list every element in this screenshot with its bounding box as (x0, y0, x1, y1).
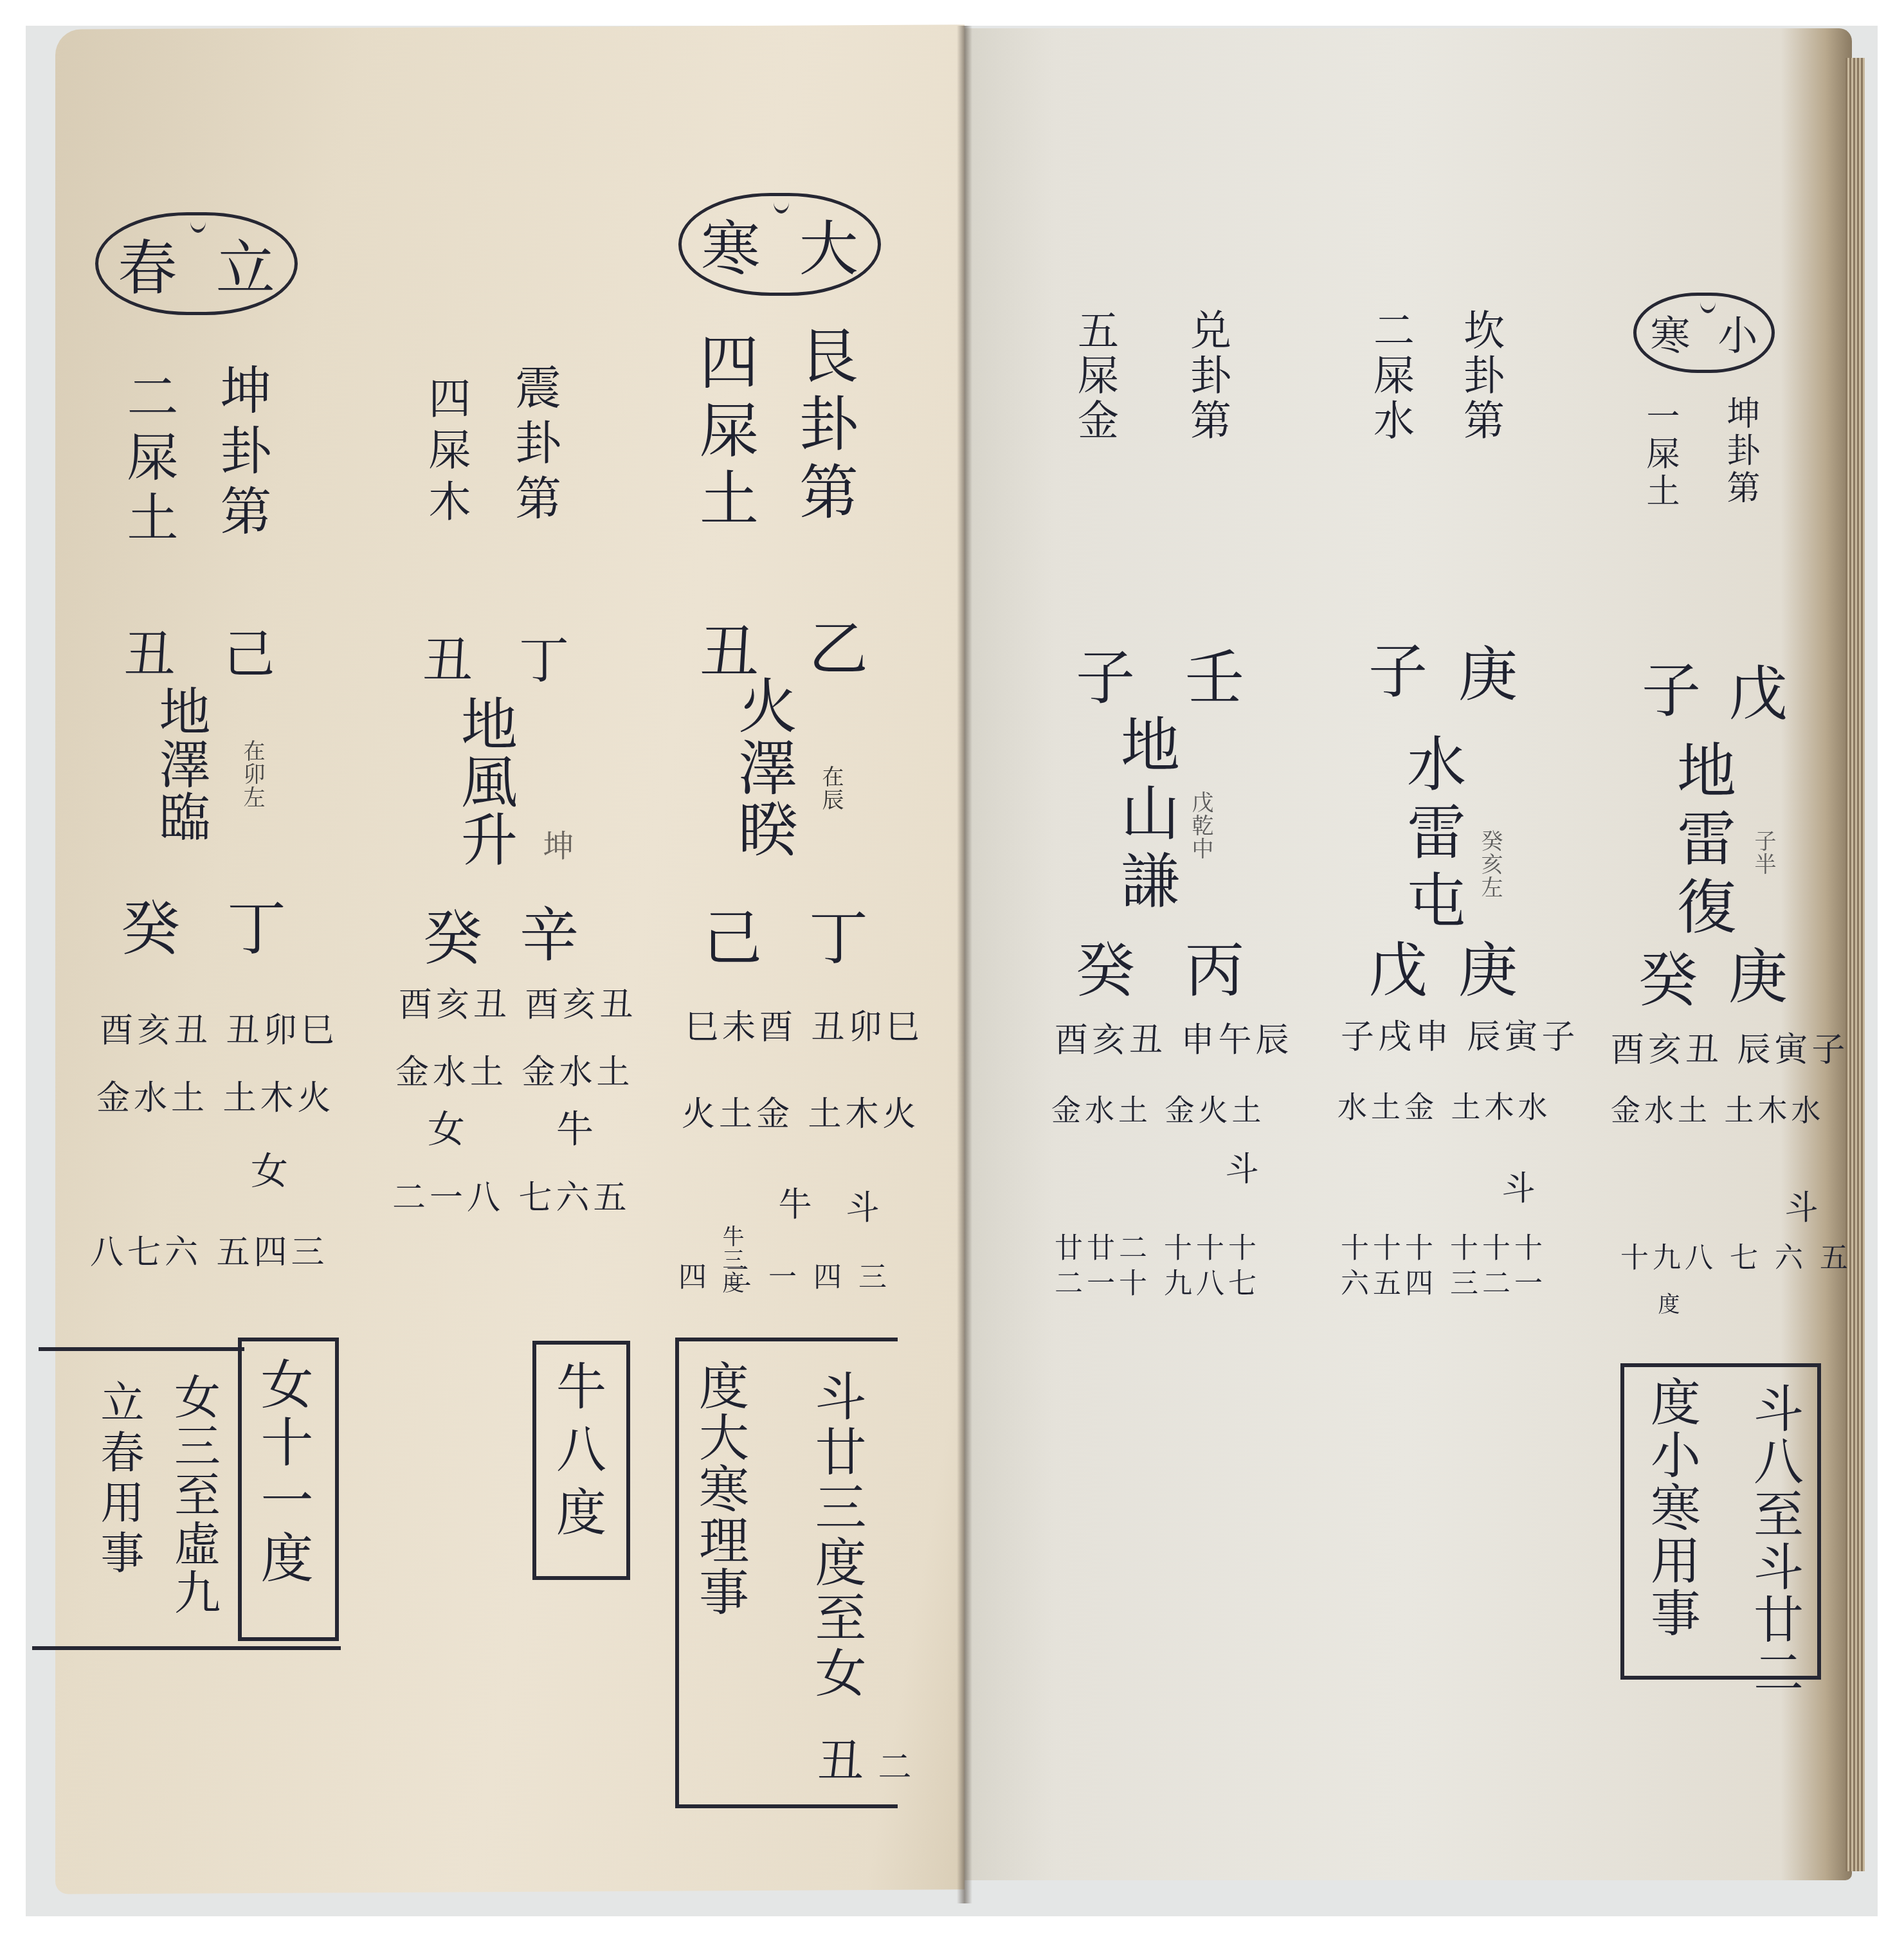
footer-middle-col: 女三至虛九 (170, 1373, 217, 1617)
pair-right: 庚 (1723, 945, 1782, 1013)
footer-boxed-col: 女十一度 (256, 1357, 309, 1588)
stem-right: 壬 (1180, 646, 1239, 714)
gua-title: 震卦第 (511, 363, 558, 529)
stem-right: 己 (219, 627, 270, 687)
branches-row: 酉亥丑 丑卯巳 (100, 1003, 338, 1051)
hexagram-name: 地雷復 (1672, 740, 1731, 944)
footer-bottom-rule (32, 1646, 341, 1650)
branches-row: 酉亥丑 辰寅子 (1611, 1022, 1849, 1071)
hexagram-name: 地風升 (457, 694, 513, 868)
pair-left: 癸 (1071, 939, 1130, 1007)
hexagram-name: 水雷屯 (1402, 733, 1461, 938)
footer-col-left: 度大寒理事 (694, 1360, 745, 1617)
term-char-1: 小 (1718, 304, 1757, 361)
hexagram-annotation: 子半 (1752, 830, 1774, 876)
mansion-left: 女 (424, 1109, 462, 1150)
footer-col-left: 度小寒用事 (1646, 1376, 1696, 1640)
degree-note: 牛三度 (720, 1225, 742, 1294)
hexagram-annotation: 坤 (540, 830, 571, 862)
pair-right: 丁 (222, 897, 281, 965)
pair-left: 戊 (1363, 939, 1422, 1007)
page-number: 二 (875, 1749, 908, 1786)
pair-left: 癸 (418, 907, 477, 975)
pair-left: 己 (698, 907, 757, 975)
term-char-1: 立 (216, 221, 275, 306)
hexagram-name: 地澤臨 (154, 685, 206, 843)
degrees-row: 四 二 一 四 三 (678, 1254, 891, 1295)
pair-right: 丁 (804, 907, 863, 975)
hexagram-annotation: 戊乾中 (1190, 791, 1211, 860)
hexagram-annotation: 在卯左 (241, 740, 263, 809)
gua-sub: 二屎水 (1370, 309, 1411, 444)
stem-right: 乙 (804, 617, 863, 685)
elements-row: 火土金 土木火 (682, 1087, 920, 1135)
degrees-row: 十九八 七 六 五 (1620, 1235, 1852, 1276)
elements-row: 金水土 土木火 (96, 1071, 335, 1119)
footer-col-right: 斗廿三度至女 (810, 1370, 862, 1702)
stem-left: 丑 (119, 627, 170, 687)
stem-left: 子 (1071, 646, 1130, 714)
mansion-right: 牛 (553, 1109, 590, 1150)
term-char-2: 春 (118, 221, 177, 306)
elements-row: 金水土 金水土 (395, 1045, 634, 1093)
term-char-2: 寒 (1650, 304, 1690, 361)
degrees-row: 二一八 七六五 (392, 1170, 631, 1219)
branches-row: 巳未酉 丑卯巳 (685, 1000, 923, 1048)
gua-title: 艮卦第 (794, 325, 853, 529)
gua-sub: 二屎土 (122, 370, 174, 551)
footer-left-col: 立春用事 (96, 1379, 140, 1580)
footer-corner: 丑 (813, 1736, 860, 1792)
elements-row: 金水土 金火土 (1051, 1087, 1265, 1129)
solar-term-label-xiaohan: 寒 小 (1633, 293, 1775, 373)
page-stack-edge (1845, 58, 1865, 1871)
pair-right: 丙 (1180, 939, 1239, 1007)
book-gutter (957, 26, 972, 1903)
degrees-row: 二一十 九八七 (1055, 1260, 1260, 1302)
mansion-label: 女 (248, 1151, 285, 1192)
pair-right: 庚 (1453, 939, 1512, 1007)
gua-sub: 四屎木 (424, 376, 467, 531)
pair-left: 癸 (1633, 948, 1692, 1017)
branches-row: 酉亥丑 酉亥丑 (399, 977, 637, 1026)
stem-right: 丁 (514, 633, 565, 693)
gua-title: 兑卦第 (1186, 309, 1228, 444)
gua-sub: 五屎金 (1074, 309, 1115, 444)
pair-left: 癸 (116, 897, 175, 965)
stem-left: 子 (1363, 640, 1422, 708)
gua-title: 坤卦第 (215, 363, 267, 545)
hexagram-annotation: 癸亥左 (1479, 830, 1501, 899)
mansion-left: 牛 (775, 1186, 808, 1224)
hexagram-name: 地山謙 (1116, 714, 1175, 918)
branches-row: 酉亥丑 申午辰 (1055, 1013, 1293, 1061)
mansion-label: 斗 (1222, 1151, 1255, 1188)
elements-row: 水土金 土木水 (1337, 1084, 1552, 1126)
gua-title: 坎卦第 (1460, 309, 1501, 444)
pair-right: 辛 (514, 903, 574, 972)
niu-box-text: 牛八度 (552, 1360, 602, 1549)
degree-note: 度 (1656, 1293, 1678, 1316)
stem-left: 子 (1637, 659, 1696, 727)
stem-left: 丑 (418, 633, 468, 693)
gua-title: 坤卦第 (1723, 395, 1757, 507)
degrees-row: 八七六 五四三 (90, 1225, 329, 1273)
solar-term-label-lichun: 春 立 (95, 212, 298, 315)
term-char-1: 大 (799, 202, 858, 287)
stem-right: 庚 (1453, 643, 1512, 711)
branches-row: 子戌申 辰寅子 (1341, 1010, 1579, 1058)
degrees-row: 六五四 三二一 (1341, 1260, 1546, 1302)
footer-col-right: 斗八至斗廿二 (1749, 1383, 1799, 1699)
term-char-2: 寒 (701, 202, 760, 287)
mansion-right: 斗 (842, 1190, 876, 1227)
hexagram-name: 火澤睽 (733, 675, 792, 860)
gua-sub: 四屎土 (694, 331, 754, 536)
mansion-label: 斗 (1781, 1190, 1815, 1227)
solar-term-label-dahan: 寒 大 (678, 193, 881, 296)
elements-row: 金水土 土木水 (1611, 1087, 1825, 1129)
stem-right: 戊 (1723, 662, 1782, 731)
hexagram-annotation: 在辰 (820, 765, 842, 812)
gua-sub: 一屎土 (1643, 399, 1676, 511)
footer-top-rule (39, 1347, 244, 1351)
mansion-label: 斗 (1498, 1170, 1532, 1208)
